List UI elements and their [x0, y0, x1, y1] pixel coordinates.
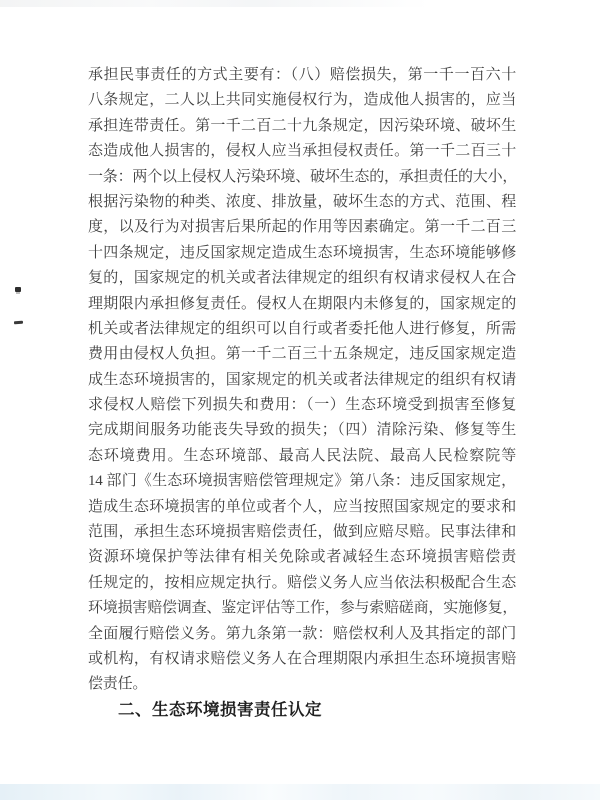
text-line: 14 部门《生态环境损害赔偿管理规定》第八条：违反国家规定， [88, 469, 516, 494]
text-line: 或机构，有权请求赔偿义务人在合理期限内承担生态环境损害赔 [88, 647, 516, 672]
text-line: 理期限内承担修复责任。侵权人在期限内未修复的，国家规定的 [88, 292, 516, 317]
text-line: 态环境费用。生态环境部、最高人民法院、最高人民检察院等 [88, 444, 516, 469]
text-line: 范围，承担生态环境损害赔偿责任，做到应赔尽赔。民事法律和 [88, 520, 516, 545]
text-line: 资源环境保护等法律有相关免除或者减轻生态环境损害赔偿责 [88, 545, 516, 570]
section-heading: 二、生态环境损害责任认定 [118, 698, 322, 723]
scanned-document-page: 承担民事责任的方式主要有：（八）赔偿损失，第一千一百六十 八条规定，二人以上共同… [0, 0, 600, 800]
text-line: 态造成他人损害的，侵权人应当承担侵权责任。第一千二百三十 [88, 139, 516, 164]
text-line: 度，以及行为对损害后果所起的作用等因素确定。第一千二百三 [88, 215, 516, 240]
text-line: 完成期间服务功能丧失导致的损失；（四）清除污染、修复等生 [88, 418, 516, 443]
text-line: 费用由侵权人负担。第一千二百三十五条规定，违反国家规定造 [88, 342, 516, 367]
scan-noise-top [0, 0, 430, 7]
text-line: 八条规定，二人以上共同实施侵权行为，造成他人损害的，应当 [88, 88, 516, 113]
text-line: 十四条规定，违反国家规定造成生态环境损害，生态环境能够修 [88, 241, 516, 266]
text-line: 机关或者法律规定的组织可以自行或者委托他人进行修复，所需 [88, 317, 516, 342]
scan-artifact-dash [14, 321, 23, 325]
scan-artifact-dot [15, 287, 21, 292]
text-line: 根据污染物的种类、浓度、排放量，破坏生态的方式、范围、程 [88, 190, 516, 215]
body-text: 承担民事责任的方式主要有：（八）赔偿损失，第一千一百六十 八条规定，二人以上共同… [88, 63, 516, 698]
text-line: 复的，国家规定的机关或者法律规定的组织有权请求侵权人在合 [88, 266, 516, 291]
text-line: 任规定的，按相应规定执行。赔偿义务人应当依法积极配合生态 [88, 571, 516, 596]
text-line: 承担民事责任的方式主要有：（八）赔偿损失，第一千一百六十 [88, 63, 516, 88]
text-line: 一条：两个以上侵权人污染环境、破坏生态的，承担责任的大小， [88, 165, 516, 190]
text-line: 成生态环境损害的，国家规定的机关或者法律规定的组织有权请 [88, 368, 516, 393]
text-line: 偿责任。 [88, 672, 516, 697]
text-line: 全面履行赔偿义务。第九条第一款：赔偿权利人及其指定的部门 [88, 622, 516, 647]
text-line: 造成生态环境损害的单位或者个人，应当按照国家规定的要求和 [88, 495, 516, 520]
text-line: 承担连带责任。第一千二百二十九条规定，因污染环境、破坏生 [88, 114, 516, 139]
scan-noise-bottom [0, 784, 600, 800]
text-line: 求侵权人赔偿下列损失和费用：（一）生态环境受到损害至修复 [88, 393, 516, 418]
text-line: 环境损害赔偿调查、鉴定评估等工作，参与索赔磋商，实施修复， [88, 596, 516, 621]
